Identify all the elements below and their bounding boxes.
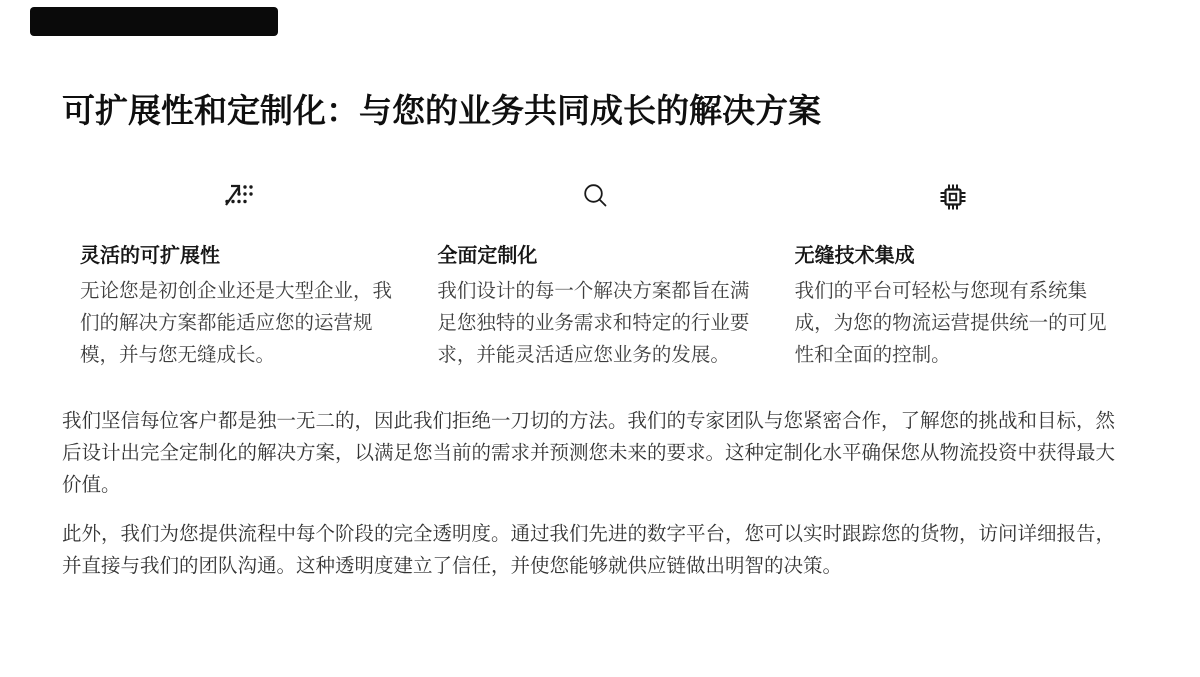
logo-placeholder — [30, 7, 278, 36]
chip-icon — [795, 183, 1112, 211]
feature-description: 我们的平台可轻松与您现有系统集成，为您的物流运营提供统一的可见性和全面的控制。 — [795, 275, 1112, 371]
slide-content: 可扩展性和定制化：与您的业务共同成长的解决方案 灵活的可扩展性 无论您是初创企业… — [0, 90, 1200, 582]
feature-scalability: 灵活的可扩展性 无论您是初创企业还是大型企业，我们的解决方案都能适应您的运营规模… — [80, 183, 397, 371]
paragraph-transparency: 此外，我们为您提供流程中每个阶段的完全透明度。通过我们先进的数字平台，您可以实时… — [62, 518, 1124, 582]
feature-heading: 无缝技术集成 — [795, 244, 1112, 268]
feature-description: 我们设计的每一个解决方案都旨在满足您独特的业务需求和特定的行业要求，并能灵活适应… — [437, 275, 754, 371]
search-icon — [437, 183, 754, 211]
body-paragraphs: 我们坚信每位客户都是独一无二的，因此我们拒绝一刀切的方法。我们的专家团队与您紧密… — [62, 405, 1124, 582]
feature-integration: 无缝技术集成 我们的平台可轻松与您现有系统集成，为您的物流运营提供统一的可见性和… — [795, 183, 1112, 371]
feature-description: 无论您是初创企业还是大型企业，我们的解决方案都能适应您的运营规模，并与您无缝成长… — [80, 275, 397, 371]
page-title: 可扩展性和定制化：与您的业务共同成长的解决方案 — [62, 90, 1138, 131]
feature-customization: 全面定制化 我们设计的每一个解决方案都旨在满足您独特的业务需求和特定的行业要求，… — [437, 183, 754, 371]
growth-arrow-dots-icon — [80, 183, 397, 211]
feature-heading: 灵活的可扩展性 — [80, 244, 397, 268]
feature-heading: 全面定制化 — [437, 244, 754, 268]
feature-columns: 灵活的可扩展性 无论您是初创企业还是大型企业，我们的解决方案都能适应您的运营规模… — [80, 183, 1112, 371]
paragraph-customization: 我们坚信每位客户都是独一无二的，因此我们拒绝一刀切的方法。我们的专家团队与您紧密… — [62, 405, 1124, 501]
